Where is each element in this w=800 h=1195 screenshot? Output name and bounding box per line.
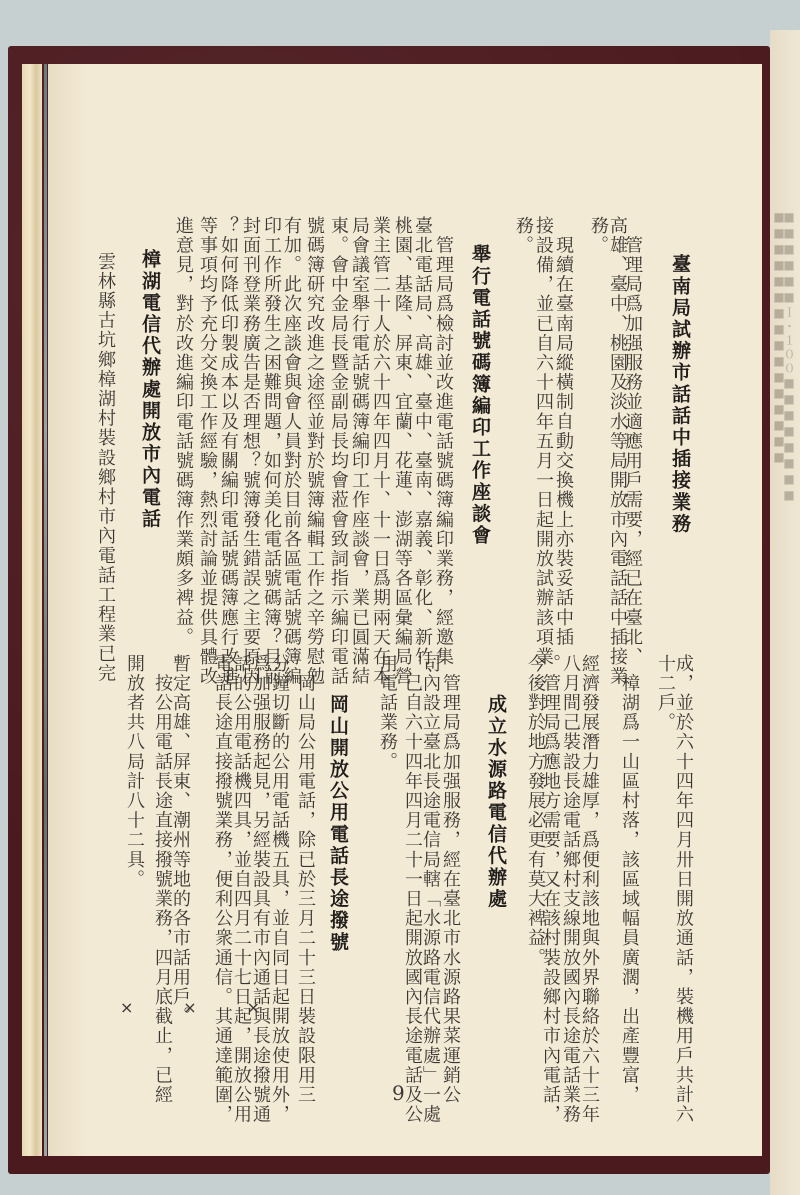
article-column: 雲林縣古坑鄉樟湖村裝設鄉村市內電話工程業已完 xyxy=(95,252,115,683)
article-column: ，己自六十四年四月二十一日起開放國內長途電話及公 xyxy=(402,654,422,1124)
article-title: 樟湖電信代辦處開放市內電話 xyxy=(140,249,160,530)
article-column: 等事項均予充分交換工作經驗，熱烈討論並提供具體改 xyxy=(197,216,217,686)
article-column: 經濟發展潛力雄厚，爲便利該地與外界聯絡於六十三年 xyxy=(579,654,599,1124)
page-stack-edge xyxy=(22,64,42,1156)
article-column: 業主管二十人於六十四年四月十、十一日爲期兩天在本 xyxy=(370,216,390,686)
article-column: 八月間己裝設長途電話鄉村支線開放國內長途電話業務 xyxy=(560,654,580,1124)
article-column: 十二戶。 xyxy=(655,654,675,732)
article-column: 印工作所發生之困難問題，如何美化電話號碼簿？目前 xyxy=(261,216,281,686)
article-column: 進意見，對於改進編印電話號碼簿作業頗多裨益。 xyxy=(173,216,193,647)
article-title: 舉行電話號碼簿編印工作座談會 xyxy=(470,244,490,546)
gutter-shadow xyxy=(44,64,47,1156)
article-title: 成立水源路電信代辦處 xyxy=(486,694,506,910)
article-column: 話的公用電話機四具，並自四月二十七日起，開放公用 xyxy=(231,654,251,1124)
article-column: 務。 xyxy=(513,216,533,255)
article-column: 接設備，並已自六十四年五月一日起開放試辦該項業 xyxy=(533,216,553,667)
end-marks: × × × xyxy=(120,998,260,1017)
article-column: 爲加强服務起見，另經裝設具有市內通話與長途撥號通 xyxy=(250,654,270,1124)
article-column: 桃園、基隆、屏東、宜蘭、花蓮、澎湖等各區彙編局營 xyxy=(392,216,412,686)
article-column: 樟湖爲一山區村落，該區域幅員廣濶，出產豐富， xyxy=(619,654,639,1105)
article-column: 臺北電話局、高雄、臺中、臺南、嘉義、彰化、新竹、 xyxy=(412,216,432,686)
article-column: 開放者共八局計八十二具。 xyxy=(124,654,144,889)
article-column: 今後對於地方發展必更有莫大裨益。 xyxy=(525,654,545,968)
article-column: 有加。此次座談會與會人員對於目前各區電話號碼簿編 xyxy=(281,216,301,686)
article-column: 按公用電話長途直接撥號業務，四月底截止，已經 xyxy=(152,654,172,1105)
book-page: 臺南局試辦市話話中插接業務 管理局爲加强服務並適應用戶需要，經已在臺北、 高雄、… xyxy=(48,64,762,1156)
article-column: 現續在臺南局縱橫制自動交換機上亦裝妥話中插 xyxy=(553,216,573,647)
article-title: 岡山開放公用電話長途撥號 xyxy=(328,694,348,953)
article-column: 分鐘切斷的公用電話機五具，並自同日起開放使用外， xyxy=(269,654,289,1124)
article-column: 高雄、臺中、桃園及淡水等局開放市內電話話中插接業 xyxy=(607,216,627,686)
article-column: 岡山局公用電話，除已於三月二十三日裝設限用三 xyxy=(295,654,315,1105)
article-title: 臺南局試辦市話話中插接業務 xyxy=(670,254,690,535)
article-column: ？如何降低印製成本以及有關編印電話號碼簿應行改進 xyxy=(218,216,238,686)
page-number: 9 xyxy=(392,1081,405,1105)
article-column: 成，並於六十四年四月卅日開放通話，裝機用戶共計六 xyxy=(673,654,693,1124)
article-column: 暫定高雄、屏東、潮州等地的各市話用戶。 xyxy=(170,654,190,1026)
article-column: 局會議室舉行電話號碼簿編印工作座談會，業已圓滿結 xyxy=(349,216,369,686)
article-column: 管理局爲檢討並改進電話號碼簿編印業務，經邀集 xyxy=(433,216,453,667)
facing-page-edge: ■■■■■■■■■■■■■■■■ ■■■■■■Ｉ・１００■■■■■■■■ xyxy=(770,30,800,1195)
article-column: 封面刊登業務廣告是否理想？號簿發生錯誤之主要原因 xyxy=(240,216,260,686)
article-column: 號碼簿研究改進之途徑並對於號簿編輯工作之辛勞慰勉 xyxy=(304,216,324,686)
article-column: 東。會中金局長暨金副局長均會蒞會致詞指示編印電話 xyxy=(328,216,348,686)
article-column: 管理局爲加强服務，經在臺北市水源路果菜運銷公 xyxy=(440,654,460,1105)
article-column: 務。 xyxy=(588,216,608,255)
article-column: 電話長途直接撥號業務，便利公衆通信。其通達範圍， xyxy=(212,654,232,1124)
end-mark: × xyxy=(120,998,133,1017)
article-column: 用電話業務。 xyxy=(377,654,397,772)
article-column: 司內設立臺北長途電信局轄「水源路電信代辦處」一處 xyxy=(420,654,440,1124)
end-mark: × xyxy=(247,998,260,1017)
facing-page-text: ■■■■■■Ｉ・１００■■■■■■■■ xyxy=(781,210,798,504)
end-mark: × xyxy=(183,998,196,1017)
